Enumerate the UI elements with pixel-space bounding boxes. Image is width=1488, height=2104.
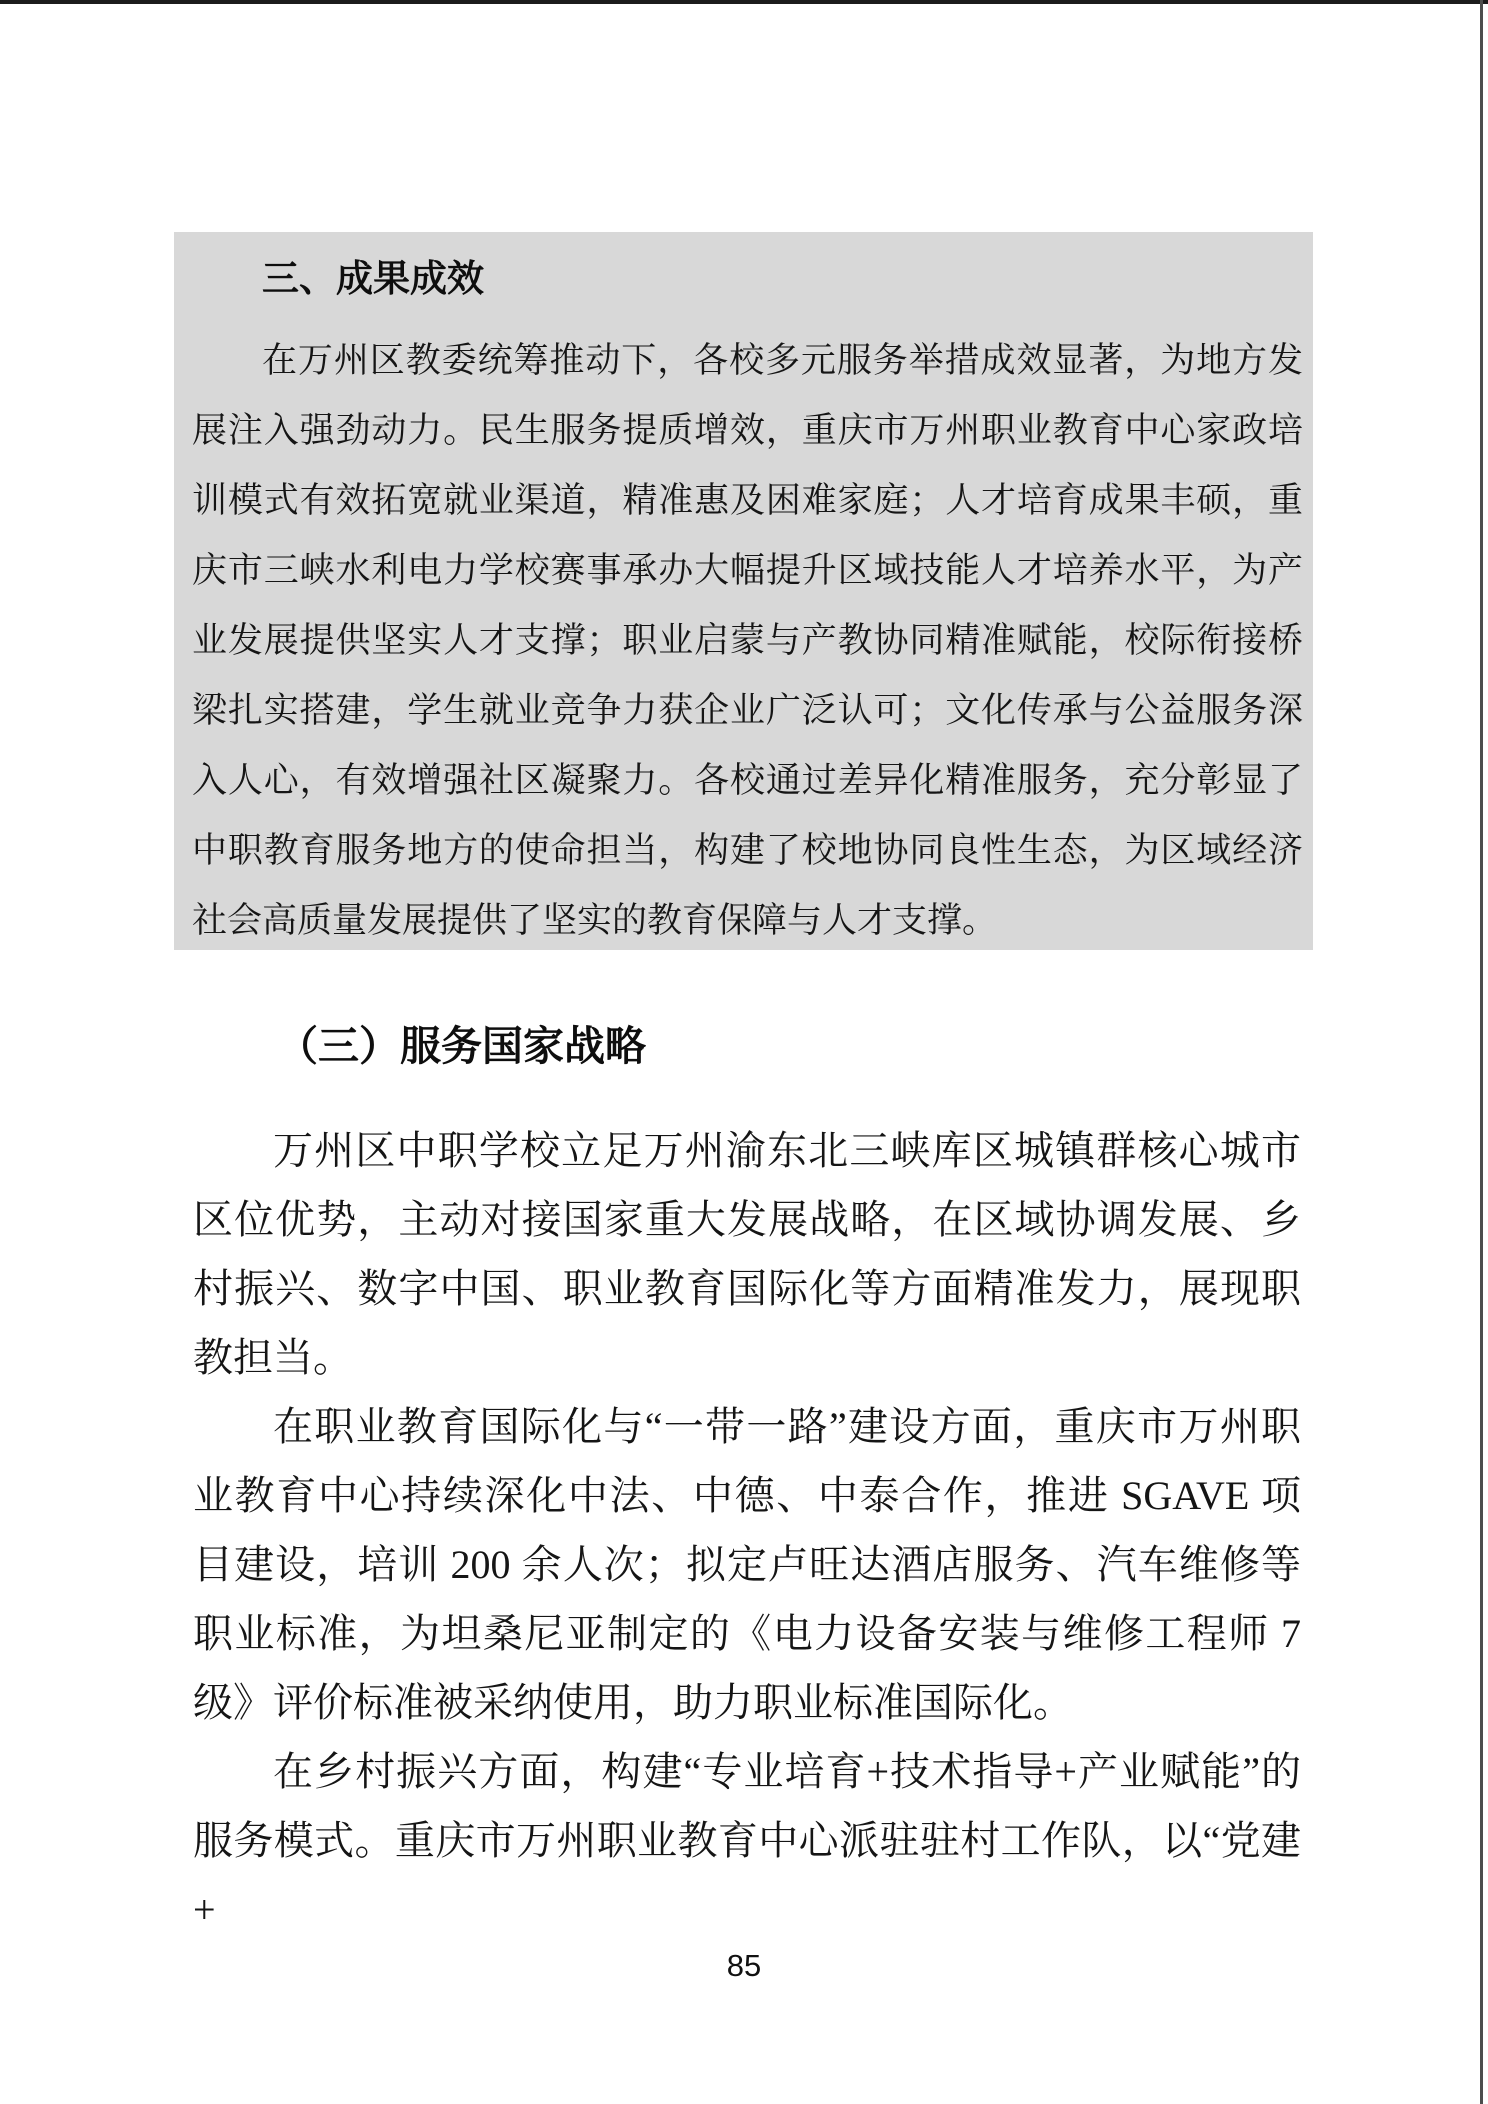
- strategy-paragraph-3: 在乡村振兴方面，构建“专业培育+技术指导+产业赋能”的服务模式。重庆市万州职业教…: [193, 1737, 1301, 1944]
- page-right-border: [1480, 0, 1483, 2104]
- page-top-border: [0, 0, 1488, 4]
- results-highlight-block: 三、成果成效 在万州区教委统筹推动下，各校多元服务举措成效显著，为地方发展注入强…: [174, 232, 1313, 950]
- strategy-paragraph-2: 在职业教育国际化与“一带一路”建设方面，重庆市万州职业教育中心持续深化中法、中德…: [193, 1392, 1301, 1737]
- strategy-paragraph-1: 万州区中职学校立足万州渝东北三峡库区城镇群核心城市区位优势，主动对接国家重大发展…: [193, 1116, 1301, 1392]
- strategy-section-heading: （三）服务国家战略: [277, 1020, 1301, 1072]
- page-number: 85: [0, 1948, 1488, 1984]
- national-strategy-section: （三）服务国家战略 万州区中职学校立足万州渝东北三峡库区城镇群核心城市区位优势，…: [193, 1020, 1301, 1944]
- results-heading: 三、成果成效: [262, 258, 1303, 300]
- document-page: 三、成果成效 在万州区教委统筹推动下，各校多元服务举措成效显著，为地方发展注入强…: [0, 0, 1488, 2104]
- results-paragraph: 在万州区教委统筹推动下，各校多元服务举措成效显著，为地方发展注入强劲动力。民生服…: [192, 326, 1303, 956]
